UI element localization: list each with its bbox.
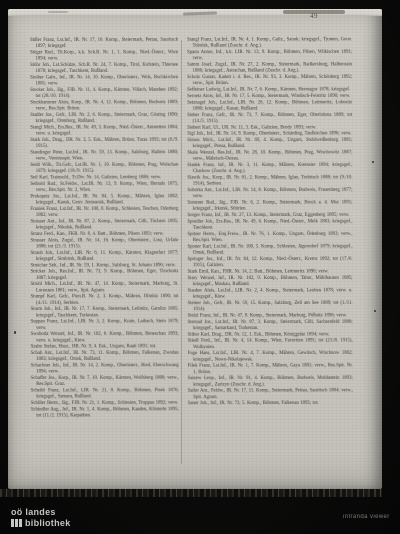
scan-speck [372, 161, 374, 163]
logo-bar [15, 519, 18, 527]
register-entry: Seil Karl, Trainsold., Tr.Div. Nr. 14, G… [30, 174, 178, 180]
register-entry: Seibold Rud., St.Feldw., Lst.IR. Nr. 13,… [30, 181, 178, 194]
register-entry: Steiner Joh., Gefr., IR. Nr. 59, 15. Kom… [188, 300, 353, 313]
register-entry: Filek Franz, Lst.Inf., IR. Nr. 1, 7. Kom… [188, 363, 353, 376]
register-entry: Spindler Joh., Ers.Res., IR. Nr. 49, 6. … [187, 218, 352, 231]
register-entry: Stoiber Gabr., Inf., IR. Nr. 14, 10. Kom… [30, 74, 178, 87]
register-entry: Strasser Alois, Zugsf., IR. Nr. 14, 16. … [30, 237, 178, 250]
register-entry: Schindler Aug., Inf., IR. Nr. 1, 4. Komp… [31, 406, 179, 419]
register-entry: Stark Joh., Drag., DR. Nr. 3, 5. Esk., M… [30, 137, 178, 150]
register-entry: Sobotka Ant., Lst.Inf., LIR. Nr. 14, 8. … [187, 187, 352, 200]
register-entry: Stangl Franz, Lst.Inf., IR. Nr. 4, 1. Ko… [187, 36, 352, 49]
register-entry: Swoboda Wenzel, Inf., IR. Nr. 102, 6. Ko… [31, 331, 179, 344]
register-entry: Stiedl Ferd., Inf., IR. Nr. 4, 14. Komp.… [188, 338, 353, 351]
register-entry: Sladek Franz, Inf., IR. Nr. 3, 11. Komp.… [187, 162, 352, 175]
register-entry: Spann Anton, Inf., k.k. LIR. Nr. 13, 9. … [187, 49, 352, 62]
register-entry: Springer Jos., Inf., IR. Nr. 84, 12. Kom… [187, 256, 352, 269]
register-entry: Stoisser Ant., Inf., IR. Nr. 87, 2. Komp… [30, 218, 178, 231]
register-entry: Fuge Hans, Lst.Inf., LIR. Nr. 4, 7. Komp… [188, 350, 353, 363]
register-entry: Straub Joh., Lst.Inf., LIR. Nr. 6, 11. K… [30, 249, 178, 262]
viewer-canvas: { "colors": { "background": "#0b0b0a", "… [0, 0, 400, 534]
register-entry: Stißer Franz, Lst.Inf., IR. Nr. 17, 16. … [30, 37, 178, 50]
logo-bar [19, 519, 22, 527]
register-left-column: Stißer Franz, Lst.Inf., IR. Nr. 17, 16. … [30, 37, 179, 471]
library-logo: oö landes bibliothek [11, 508, 71, 528]
register-entry: Sieber Franz, Gefr., IR. Nr. 73, 7. Komp… [187, 112, 352, 125]
register-entry: Stangl Mich., Ers.Res., IR. Nr. 49, 3. K… [30, 124, 178, 137]
register-entry: Skala Wenzel, Res.Inf., IR. Nr. 28, 10. … [187, 149, 352, 162]
register-entry: Prokopetz Jos., Lst.Inf., IR. Nr. 84, 5.… [30, 193, 178, 206]
library-logo-line2: bibliothek [11, 518, 71, 528]
register-entry: Stocker Joh., Jäg., FJB. Nr. 11, 4. Komp… [30, 87, 178, 100]
register-entry: Stark Emil, Kan., FHR. Nr. 14, 2. Batt.,… [187, 268, 352, 274]
register-entry: Strobl Mich., Lst.Inf., IR. Nr. 47, 14. … [31, 281, 179, 294]
library-logo-line2-text: bibliothek [25, 518, 71, 528]
register-entry: Stelzl Franz, Inf., IR. Nr. 47, 8. Komp.… [188, 312, 353, 318]
register-entry: Schab Ant., Lst.Inf., IR. Nr. 73, 11. Ko… [31, 350, 179, 363]
register-entry: Streicher Seb., Inf., IR. Nr. 59, 1. Kom… [30, 262, 178, 268]
register-entry: Sailer Ant., Feldw., IR. Nr. 17, 11. Kom… [188, 388, 353, 401]
register-entry: Sturm Joh., Inf., IR. Nr. 17, 7. Komp., … [31, 306, 179, 319]
register-entry: Stöhr Joh., Lst.Schütze, Sch.R. Nr. 24, … [30, 62, 178, 75]
scan-smudge [48, 11, 68, 13]
register-entry: Slawik Jos., Korp., IR. Nr. 81, 2. Komp.… [187, 174, 352, 187]
scan-speck [14, 331, 16, 334]
logo-bars-icon [11, 519, 23, 527]
register-text-block: Stißer Franz, Lst.Inf., IR. Nr. 17, 16. … [30, 36, 353, 471]
register-entry: Sernetz Alois, Inf., IR. Nr. 17, 5. Komp… [187, 93, 352, 99]
register-entry: Stricker Joh., Res.Inf., IR. Nr. 73, 9. … [30, 268, 178, 281]
register-entry: Stöger Rud., Tit.Korp., k.k. Sch.R. Nr. … [30, 49, 178, 62]
register-entry: Stumpf Karl, Gefr., Pion.B. Nr. 2, 3. Ko… [31, 293, 179, 306]
register-entry: Franiek Franz, Lst.Inf., IR. Nr. 100, 8.… [30, 206, 178, 219]
register-entry: Setznagel Joh., Lst.Inf., LIR. Nr. 26, 1… [187, 99, 352, 112]
register-entry: Scheibl Franz, Lst.Inf., LIR. Nr. 21, 8.… [31, 387, 179, 400]
register-entry: Schiller Herm., Jäg., FJB. Nr. 21, 1. Ko… [31, 400, 179, 406]
register-entry: Sternad Jos., Lst.Inf., IR. Nr. 87, 3. K… [188, 319, 353, 332]
register-entry: Simon Mich., Lst.Inf., IR. Nr. 69, 4. Ko… [187, 137, 352, 150]
register-entry: Stadler Jos., Gefr., LIR. Nr. 2, 6. Komp… [30, 112, 178, 125]
register-entry: Schaffer Jos., Korp., IR. Nr. 7, 10. Kom… [31, 375, 179, 388]
library-logo-line1: oö landes [11, 508, 71, 517]
register-entry: Scholz Gustav, Kadett i. d. Res., IR. Nr… [187, 74, 352, 87]
register-entry: Stauber Alois, Lst.Inf., LIR. Nr. 2, 4. … [188, 287, 353, 300]
register-entry: Samm Josef, Zugsf., IR. Nr. 27, 2. Komp.… [187, 61, 352, 74]
register-entry: Sauer Joh., Inf., IR. Nr. 73, 5. Komp., … [188, 400, 353, 406]
register-right-column: Stangl Franz, Lst.Inf., IR. Nr. 4, 1. Ko… [187, 36, 353, 470]
register-entry: Seffeiner Ludwig, Lst.Inf., IR. Nr. 7, 6… [187, 86, 352, 92]
register-entry: Schachner Joh., Inf., IR. Nr. 14, 2. Kom… [31, 362, 179, 375]
register-entry: Seidl Wilh., Tit.Gefr., Lst.IR. Nr. 1, 1… [30, 162, 178, 175]
page-number: 49 [310, 12, 318, 20]
register-entry: Spitzer Herm., Einj.Freiw., IR. Nr. 76, … [187, 231, 352, 244]
viewer-brand-label: intranda viewer [343, 514, 390, 520]
register-entry: Stranz Ferd., Kan., FKR. Nr. 8, 4. Batt.… [30, 231, 178, 237]
logo-bar [11, 519, 14, 527]
page-bottom-edge [0, 489, 382, 497]
scan-speck [374, 310, 376, 312]
register-entry: Saizew Leop., Inf., IR. Nr. 91, 4. Komp.… [188, 375, 353, 388]
register-entry: Suppan Franz, Lst.Inf., LIR. Nr. 3, 2. K… [31, 318, 179, 331]
register-entry: Sponer Karl, Lst.Inf., IR. Nr. 100, 5. K… [187, 243, 352, 256]
register-entry: Stockhammer Alois, Korp., IR. Nr. 4, 12.… [30, 99, 178, 112]
register-entry: Staudinger Peter, Lst.Inf., IR. Nr. 59, … [30, 149, 178, 162]
register-entry: Sommer Rud., Jäg., FJB. Nr. 6, 2. Komp.,… [187, 199, 352, 212]
register-entry: Stary Wenzel, Inf., IR. Nr. 102, 9. Komp… [187, 275, 352, 288]
